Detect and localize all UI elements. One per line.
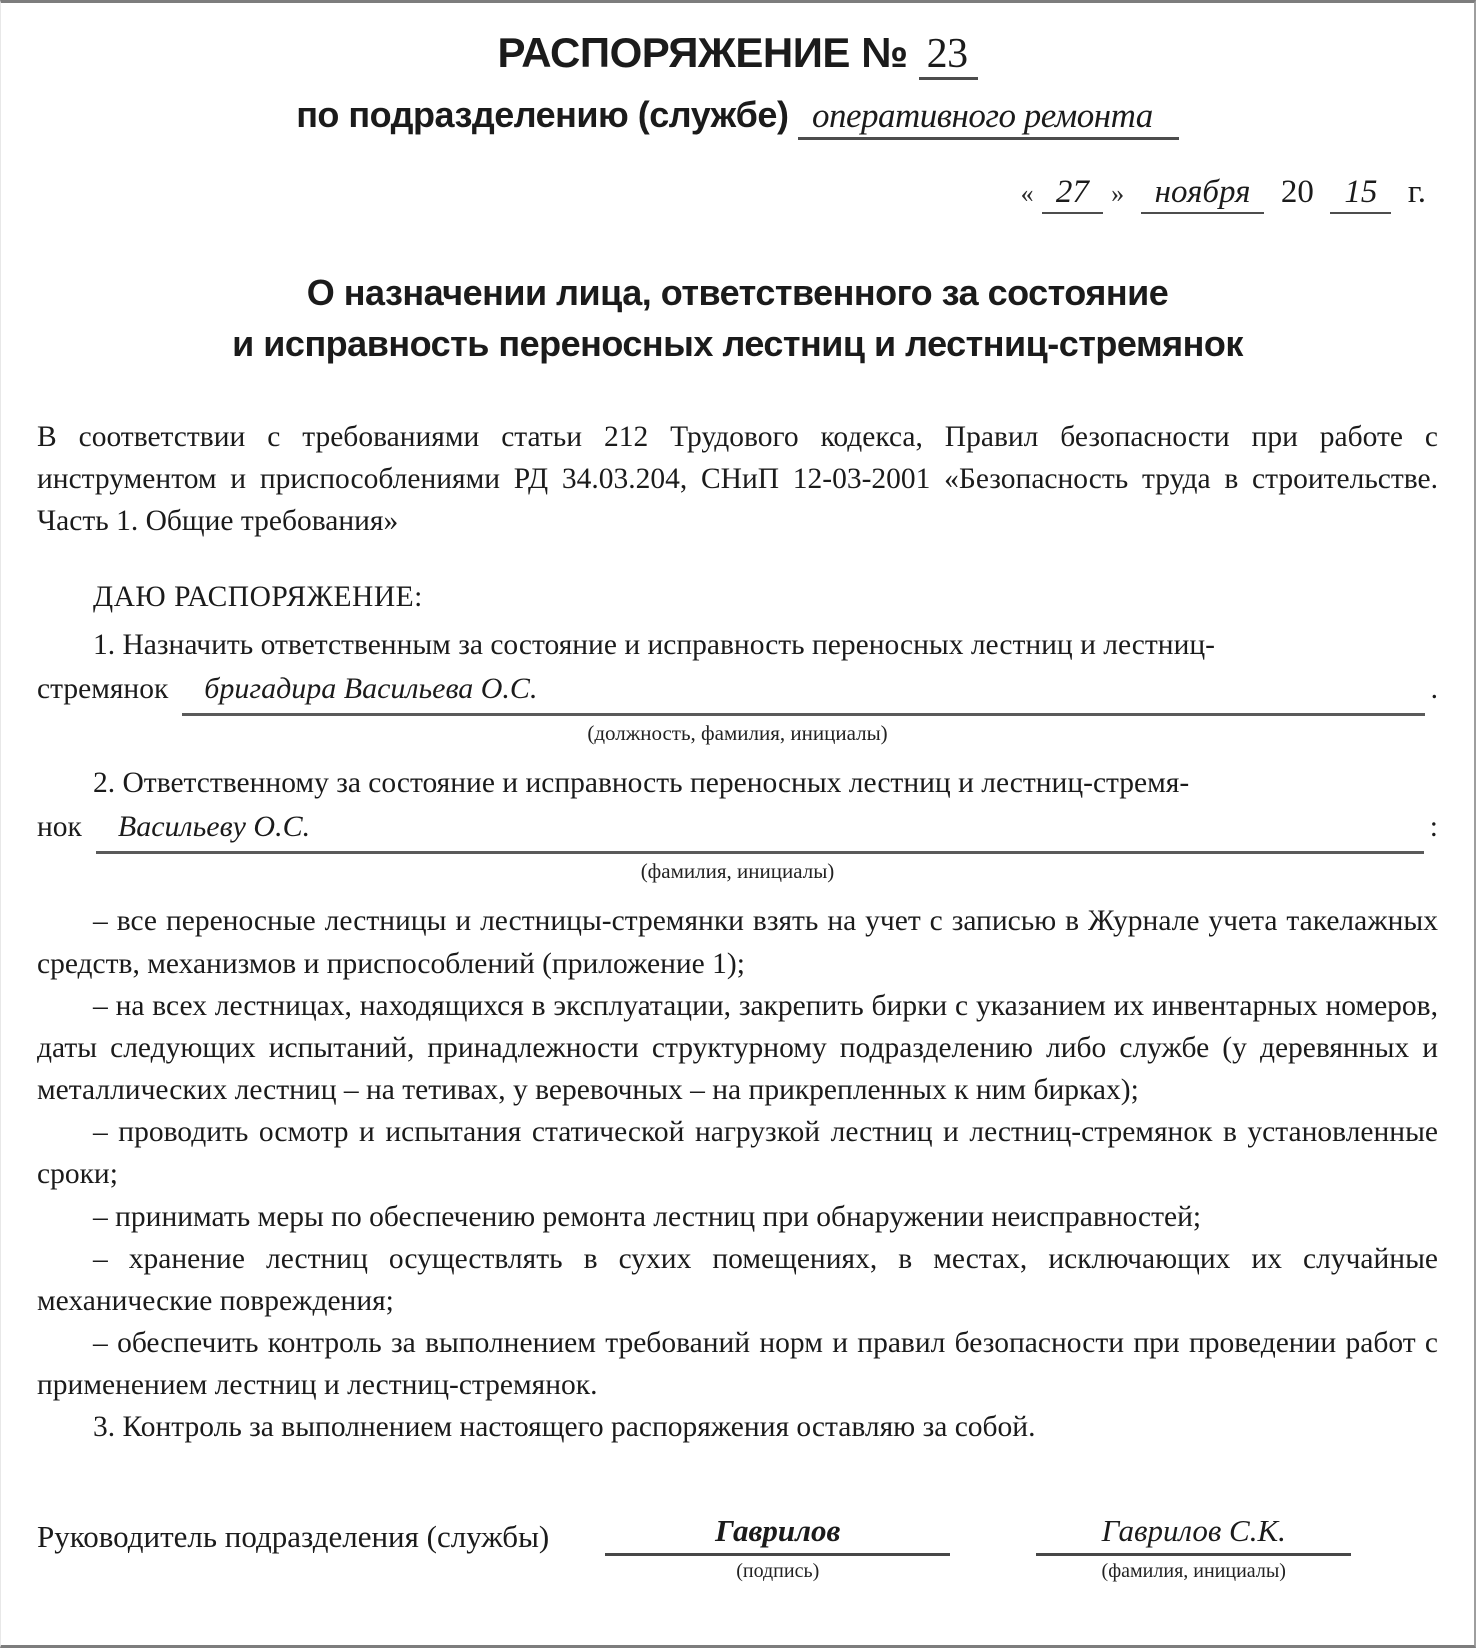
item2-fill-row: нок Васильеву О.С. : [37, 806, 1438, 854]
subject-heading-line1: О назначении лица, ответственного за сос… [37, 267, 1438, 318]
item2-blank-line: Васильеву О.С. [96, 806, 1424, 854]
document-subtitle-label: по подразделению (службе) [296, 94, 788, 135]
date-month-fill: ноября [1141, 174, 1265, 214]
document-body: В соответствии с требованиями статьи 212… [37, 416, 1438, 1449]
date-century: 20 [1281, 174, 1314, 210]
duty-paragraph: – на всех лестницах, находящихся в экспл… [37, 985, 1438, 1112]
item1-tail-punct: . [1431, 668, 1438, 710]
department-name-fill: оперативного ремонта [798, 96, 1179, 140]
duty-paragraph: – проводить осмотр и испытания статическ… [37, 1111, 1438, 1195]
subject-heading: О назначении лица, ответственного за сос… [37, 267, 1438, 369]
item1-fill-caption: (должность, фамилия, инициалы) [37, 718, 1438, 748]
item3-paragraph: 3. Контроль за выполнением настоящего ра… [37, 1406, 1438, 1448]
signature-handwriting: Гаврилов [605, 1513, 950, 1556]
document-title: РАСПОРЯЖЕНИЕ № 23 [37, 29, 1438, 78]
item2-tail-punct: : [1430, 806, 1438, 848]
subject-heading-line2: и исправность переносных лестниц и лестн… [37, 318, 1438, 369]
signature-block: Гаврилов (подпись) [605, 1513, 950, 1583]
date-suffix: г. [1408, 174, 1426, 210]
preamble-paragraph: В соответствии с требованиями статьи 212… [37, 416, 1438, 543]
item1-fill-row: стремянок бригадира Васильева О.С. . [37, 668, 1438, 716]
duty-paragraph: – все переносные лестницы и лестницы-стр… [37, 900, 1438, 984]
signer-name-block: Гаврилов С.К. (фамилия, инициалы) [1036, 1513, 1351, 1583]
duty-paragraph: – обеспечить контроль за выполнением тре… [37, 1322, 1438, 1406]
date-day-fill: 27 [1042, 174, 1103, 214]
item1-text: 1. Назначить ответственным за состояние … [37, 624, 1438, 666]
date-close-quote: » [1111, 179, 1124, 208]
item1-lead-word: стремянок [37, 668, 168, 710]
signer-name-value: Гаврилов С.К. [1036, 1513, 1351, 1556]
signature-caption: (подпись) [605, 1560, 950, 1583]
item2-fill-caption: (фамилия, инициалы) [37, 856, 1438, 886]
duty-paragraph: – принимать меры по обеспечению ремонта … [37, 1196, 1438, 1238]
item2-lead-word: нок [37, 806, 82, 848]
signer-role-label: Руководитель подразделения (службы) [37, 1513, 549, 1555]
item2-text: 2. Ответственному за состояние и исправн… [37, 762, 1438, 804]
document-date: « 27 » ноября 20 15 г. [37, 174, 1438, 211]
document-subtitle: по подразделению (службе) оперативного р… [37, 94, 1438, 136]
item1-blank-line: бригадира Васильева О.С. [182, 668, 1424, 716]
document-title-label: РАСПОРЯЖЕНИЕ № [497, 29, 907, 76]
item2-fill-value: Васильеву О.С. [96, 810, 310, 843]
order-heading: ДАЮ РАСПОРЯЖЕНИЕ: [37, 576, 1438, 618]
order-document-page: РАСПОРЯЖЕНИЕ № 23 по подразделению (служ… [0, 0, 1476, 1648]
date-year-fill: 15 [1330, 174, 1391, 214]
duty-paragraph: – хранение лестниц осуществлять в сухих … [37, 1238, 1438, 1322]
document-number: 23 [919, 31, 978, 80]
item1-fill-value: бригадира Васильева О.С. [182, 672, 537, 705]
date-open-quote: « [1021, 179, 1034, 208]
signature-section: Руководитель подразделения (службы) Гавр… [37, 1513, 1438, 1583]
signer-name-caption: (фамилия, инициалы) [1036, 1560, 1351, 1583]
